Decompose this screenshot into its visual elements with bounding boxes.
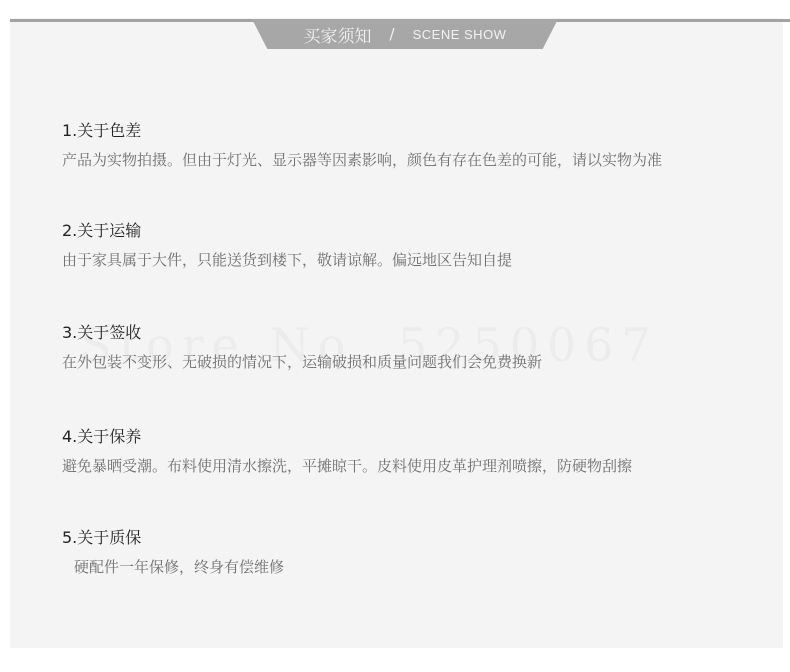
header-title-en: SCENE SHOW xyxy=(413,27,507,42)
section-receipt: 3.关于签收 在外包装不变形、无破损的情况下，运输破损和质量问题我们会免费换新 xyxy=(62,322,542,372)
section-body: 在外包装不变形、无破损的情况下，运输破损和质量问题我们会免费换新 xyxy=(62,352,542,372)
section-body: 产品为实物拍摄。但由于灯光、显示器等因素影响，颜色有存在色差的可能，请以实物为准 xyxy=(62,150,662,170)
section-title: 2.关于运输 xyxy=(62,220,512,242)
section-title: 4.关于保养 xyxy=(62,426,632,448)
section-maintenance: 4.关于保养 避免暴晒受潮。布料使用清水擦洗，平摊晾干。皮料使用皮革护理剂喷擦，… xyxy=(62,426,632,476)
section-title: 3.关于签收 xyxy=(62,322,542,344)
section-color-difference: 1.关于色差 产品为实物拍摄。但由于灯光、显示器等因素影响，颜色有存在色差的可能… xyxy=(62,120,662,170)
section-warranty: 5.关于质保 硬配件一年保修，终身有偿维修 xyxy=(62,527,284,577)
header-separator: / xyxy=(390,25,395,43)
section-body: 由于家具属于大件，只能送货到楼下，敬请谅解。偏远地区告知自提 xyxy=(62,250,512,270)
section-shipping: 2.关于运输 由于家具属于大件，只能送货到楼下，敬请谅解。偏远地区告知自提 xyxy=(62,220,512,270)
section-title: 5.关于质保 xyxy=(62,527,284,549)
header-title-cn: 买家须知 xyxy=(304,22,372,47)
section-title: 1.关于色差 xyxy=(62,120,662,142)
header-tab: 买家须知 / SCENE SHOW xyxy=(252,19,558,49)
section-body: 硬配件一年保修，终身有偿维修 xyxy=(62,557,284,577)
section-body: 避免暴晒受潮。布料使用清水擦洗，平摊晾干。皮料使用皮革护理剂喷擦，防硬物刮擦 xyxy=(62,456,632,476)
